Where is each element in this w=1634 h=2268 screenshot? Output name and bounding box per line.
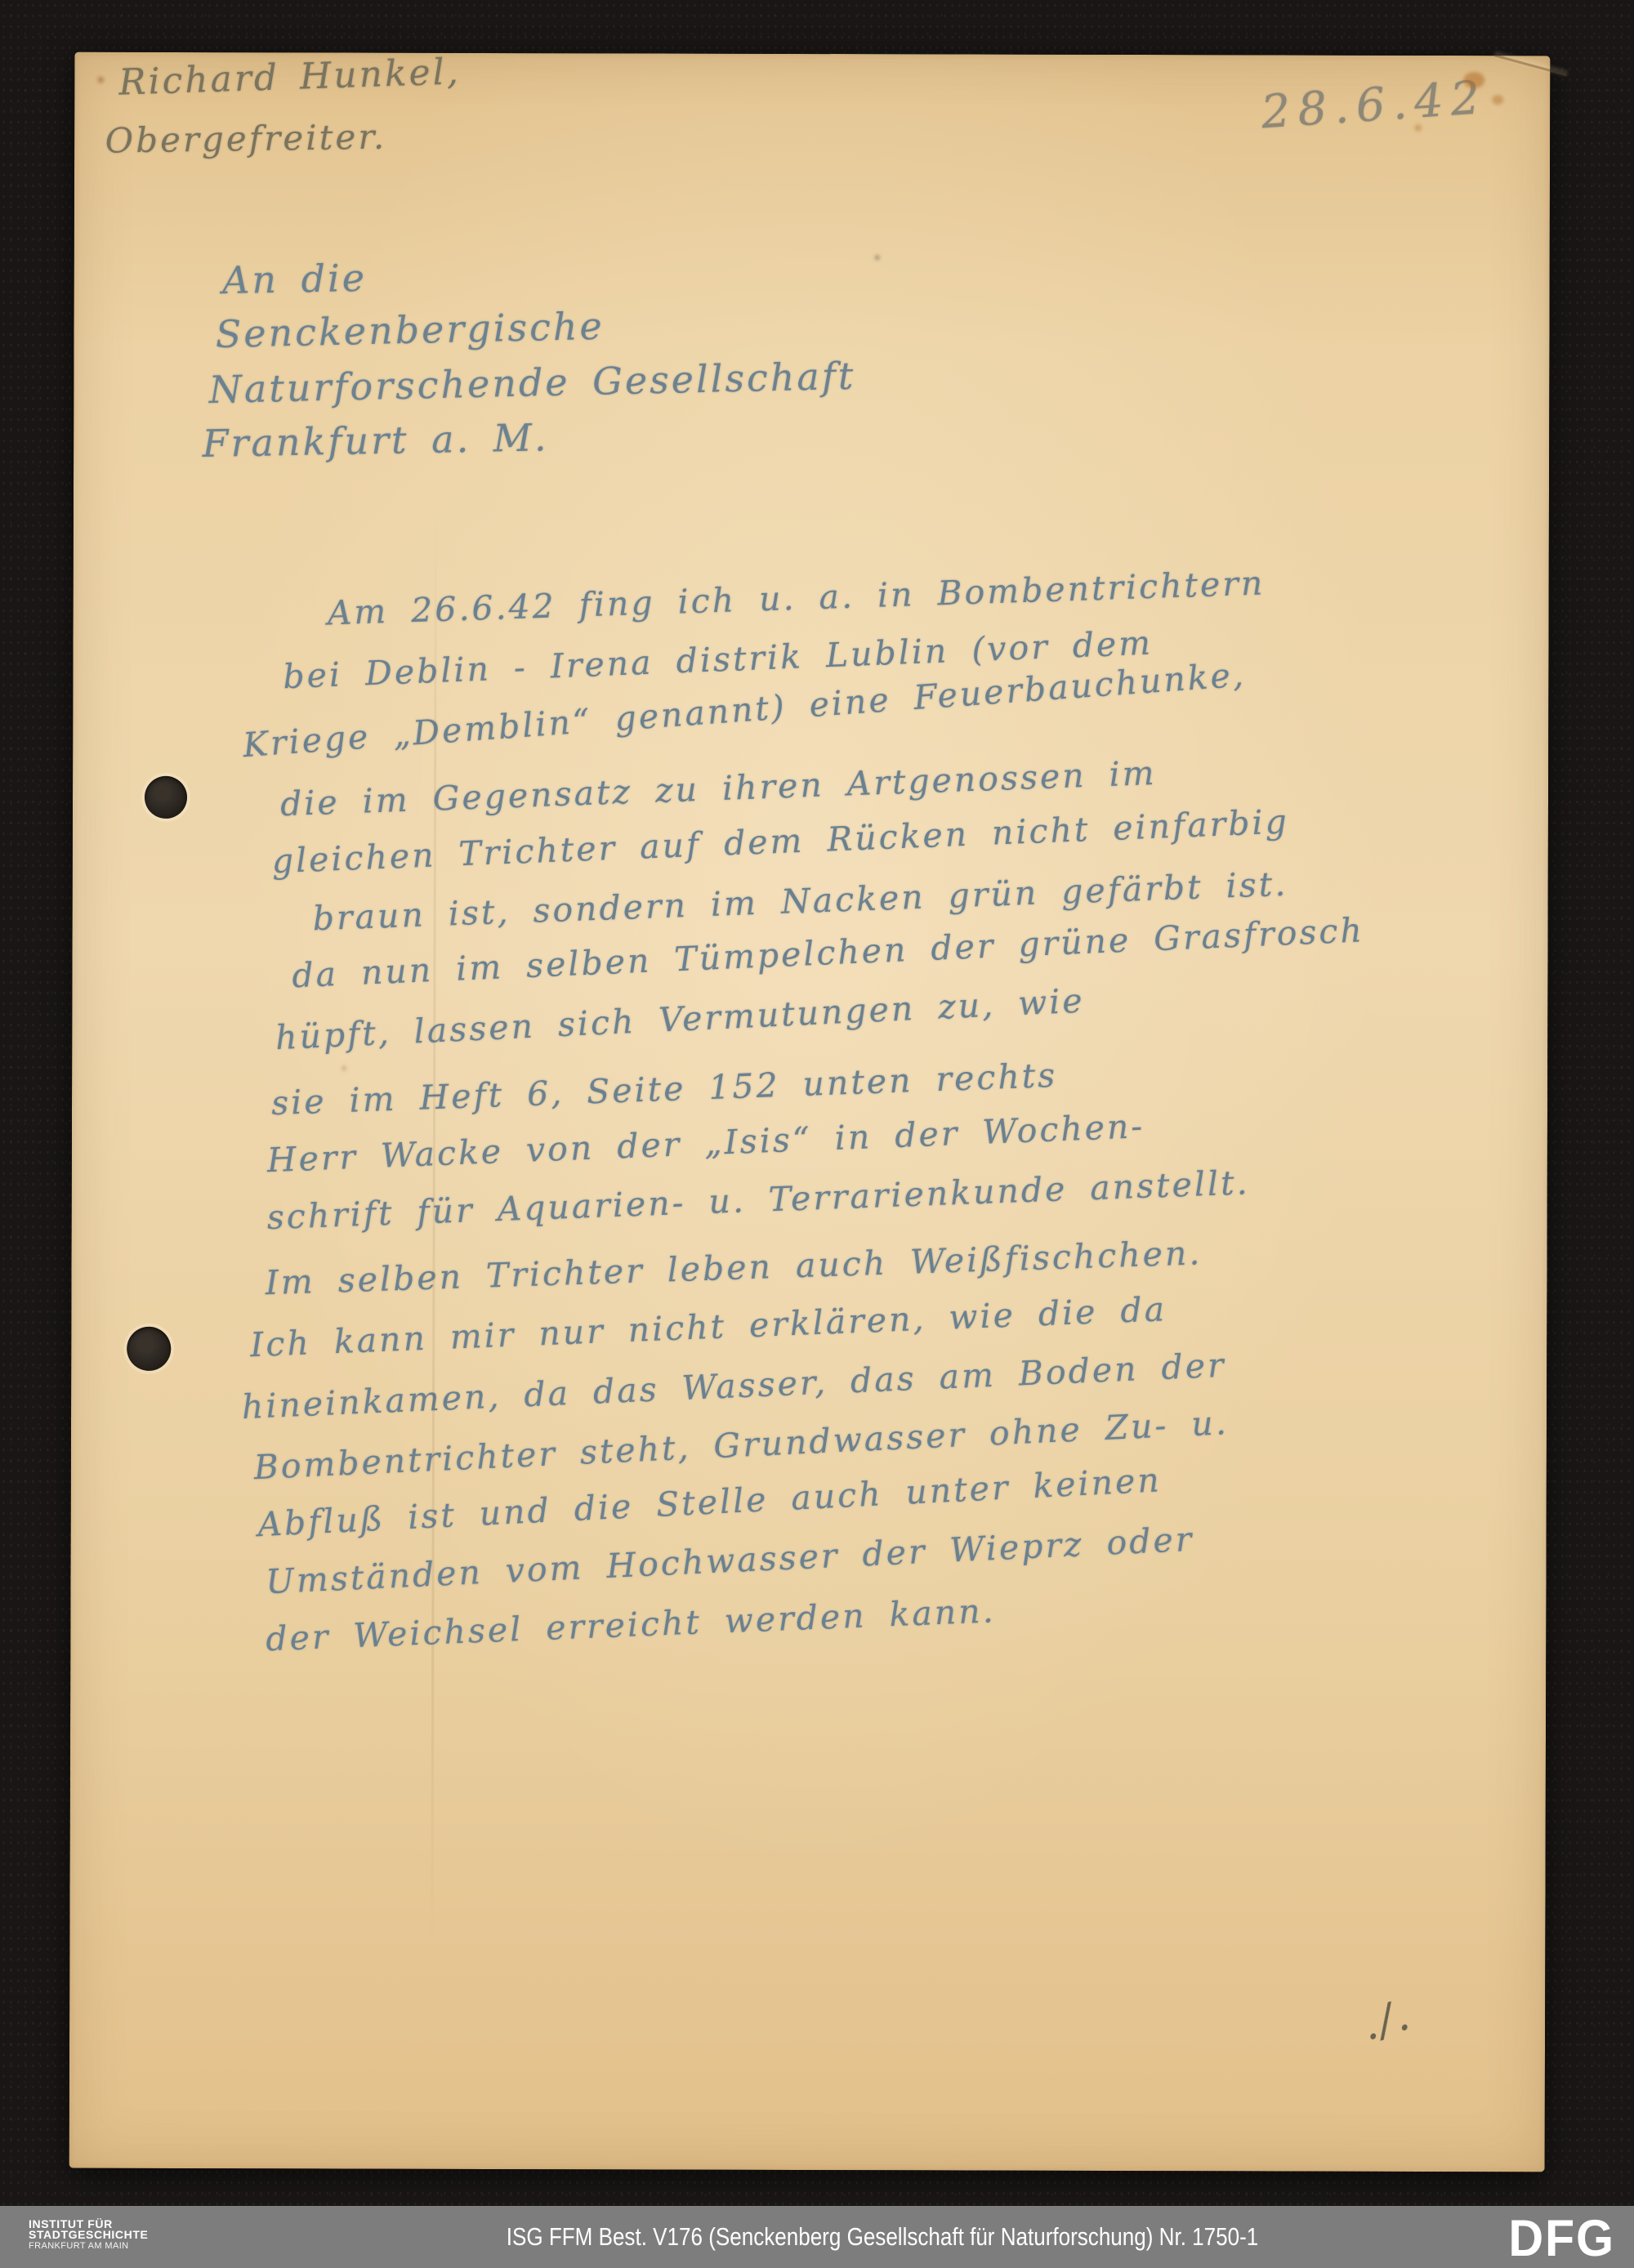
sender-name: Richard Hunkel, xyxy=(118,51,462,103)
hole-punch-bottom xyxy=(127,1327,171,1371)
institute-line3: FRANKFURT AM MAIN xyxy=(29,2242,148,2251)
dfg-logo: DFG xyxy=(1508,2209,1615,2268)
hole-punch-top xyxy=(145,776,187,819)
date-annotation: 28.6.42 xyxy=(1260,71,1489,139)
rust-stain xyxy=(1492,95,1503,105)
footer-bar: INSTITUT FÜR STADTGESCHICHTE FRANKFURT A… xyxy=(0,2206,1634,2268)
handwritten-line: sie im Heft 6, Seite 152 unten rechts xyxy=(270,1056,1058,1123)
handwritten-line: der Weichsel erreicht werden kann. xyxy=(265,1591,996,1659)
recipient-line: Frankfurt a. M. xyxy=(202,415,549,466)
handwritten-line: hüpft, lassen sich Vermutungen zu, wie xyxy=(275,981,1086,1058)
rust-stain xyxy=(97,77,104,83)
recipient-line: An die xyxy=(222,256,368,302)
paper-speck xyxy=(875,255,880,260)
recipient-line: Naturforschende Gesellschaft xyxy=(208,354,856,412)
end-mark: ./. xyxy=(1357,1990,1417,2051)
institute-line2: STADTGESCHICHTE xyxy=(29,2230,148,2240)
archive-reference: ISG FFM Best. V176 (Senckenberg Gesellsc… xyxy=(507,2222,1258,2252)
rust-stain xyxy=(1463,72,1484,88)
corner-fold-crease xyxy=(1494,54,1568,76)
handwritten-line: Im selben Trichter leben auch Weißfischc… xyxy=(265,1233,1203,1302)
sender-rank: Obergefreiter. xyxy=(105,117,386,161)
letter-page: Richard Hunkel, Obergefreiter. 28.6.42 A… xyxy=(69,52,1551,2172)
photo-background: Richard Hunkel, Obergefreiter. 28.6.42 A… xyxy=(0,0,1634,2268)
institute-logo: INSTITUT FÜR STADTGESCHICHTE FRANKFURT A… xyxy=(29,2219,148,2251)
handwritten-line: Am 26.6.42 fing ich u. a. in Bombentrich… xyxy=(327,563,1266,632)
recipient-line: Senckenbergische xyxy=(215,304,605,356)
paper-speck xyxy=(342,1066,346,1071)
rust-stain xyxy=(1414,124,1422,132)
